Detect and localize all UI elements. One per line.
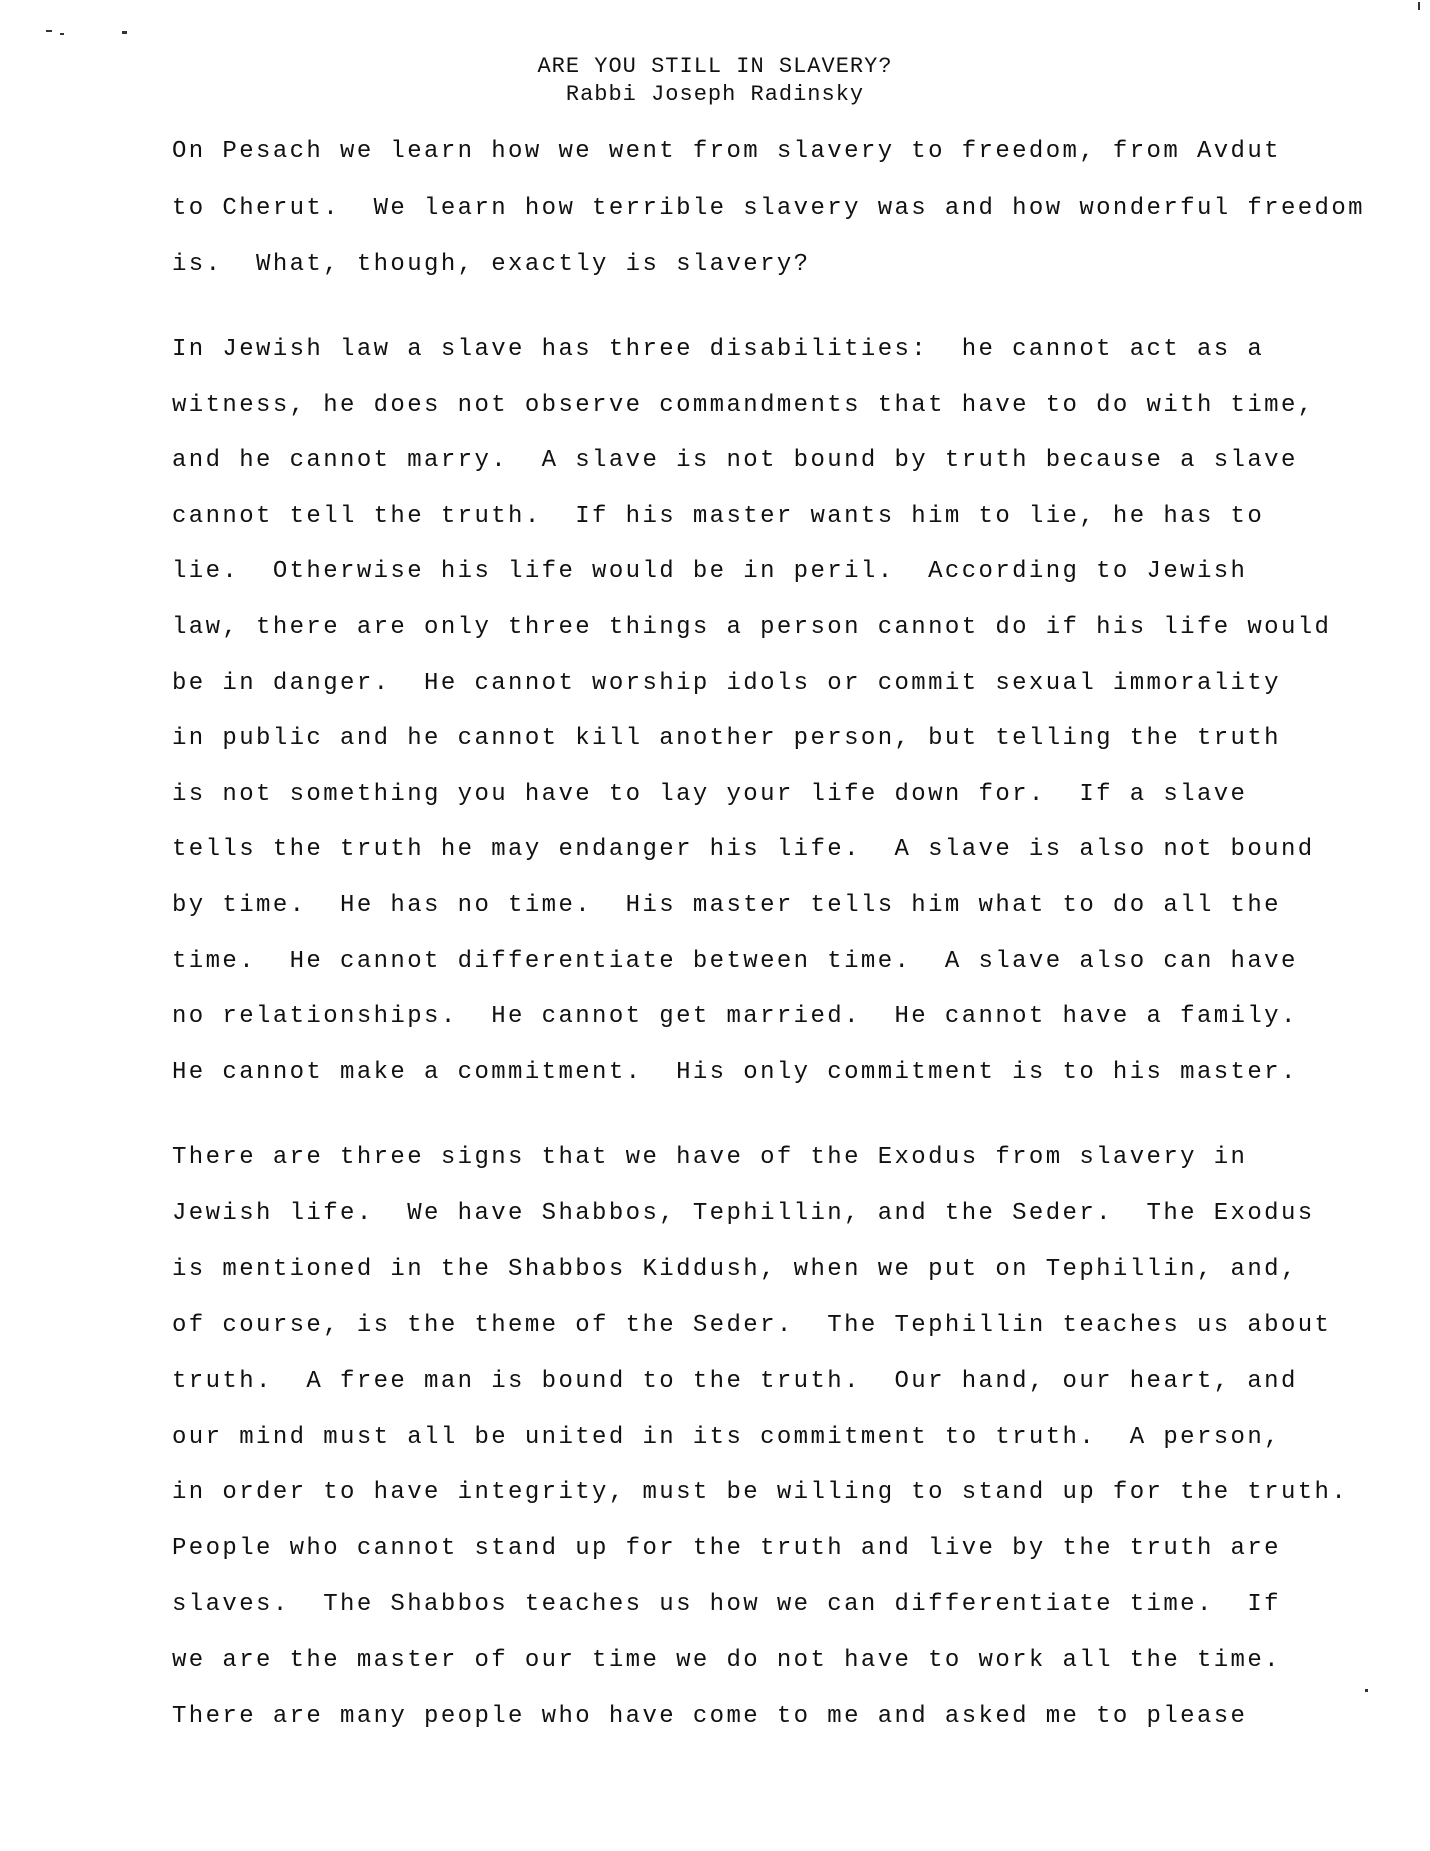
scan-speck bbox=[1365, 1689, 1368, 1692]
document-author: Rabbi Joseph Radinsky bbox=[0, 82, 1430, 107]
text-line: be in danger. He cannot worship idols or… bbox=[172, 670, 1281, 698]
text-line: There are many people who have come to m… bbox=[172, 1703, 1247, 1731]
text-line: Jewish life. We have Shabbos, Tephillin,… bbox=[172, 1200, 1315, 1228]
text-line: lie. Otherwise his life would be in peri… bbox=[172, 558, 1247, 586]
text-line: we are the master of our time we do not … bbox=[172, 1647, 1281, 1675]
text-line: is mentioned in the Shabbos Kiddush, whe… bbox=[172, 1256, 1298, 1284]
scan-speck bbox=[1418, 2, 1420, 10]
text-line: In Jewish law a slave has three disabili… bbox=[172, 336, 1264, 364]
text-line: law, there are only three things a perso… bbox=[172, 614, 1331, 642]
text-line: cannot tell the truth. If his master wan… bbox=[172, 503, 1264, 531]
text-line: is not something you have to lay your li… bbox=[172, 781, 1247, 809]
text-line: People who cannot stand up for the truth… bbox=[172, 1535, 1281, 1563]
text-line: by time. He has no time. His master tell… bbox=[172, 892, 1281, 920]
document-title: ARE YOU STILL IN SLAVERY? bbox=[0, 54, 1430, 79]
text-line: no relationships. He cannot get married.… bbox=[172, 1003, 1298, 1031]
text-line: our mind must all be united in its commi… bbox=[172, 1424, 1281, 1452]
text-line: witness, he does not observe commandment… bbox=[172, 392, 1315, 420]
text-line: time. He cannot differentiate between ti… bbox=[172, 948, 1298, 976]
text-line: There are three signs that we have of th… bbox=[172, 1144, 1247, 1172]
text-line: is. What, though, exactly is slavery? bbox=[172, 251, 811, 279]
text-line: and he cannot marry. A slave is not boun… bbox=[172, 447, 1298, 475]
text-line: of course, is the theme of the Seder. Th… bbox=[172, 1312, 1331, 1340]
text-line: truth. A free man is bound to the truth.… bbox=[172, 1368, 1298, 1396]
scan-speck bbox=[60, 33, 64, 35]
text-line: to Cherut. We learn how terrible slavery… bbox=[172, 195, 1365, 223]
scan-speck bbox=[46, 30, 52, 32]
scan-speck bbox=[122, 31, 127, 34]
text-line: tells the truth he may endanger his life… bbox=[172, 836, 1315, 864]
text-line: He cannot make a commitment. His only co… bbox=[172, 1059, 1298, 1087]
text-line: On Pesach we learn how we went from slav… bbox=[172, 138, 1281, 166]
text-line: slaves. The Shabbos teaches us how we ca… bbox=[172, 1591, 1281, 1619]
document-page: ARE YOU STILL IN SLAVERY? Rabbi Joseph R… bbox=[0, 0, 1430, 1851]
text-line: in order to have integrity, must be will… bbox=[172, 1479, 1348, 1507]
text-line: in public and he cannot kill another per… bbox=[172, 725, 1281, 753]
